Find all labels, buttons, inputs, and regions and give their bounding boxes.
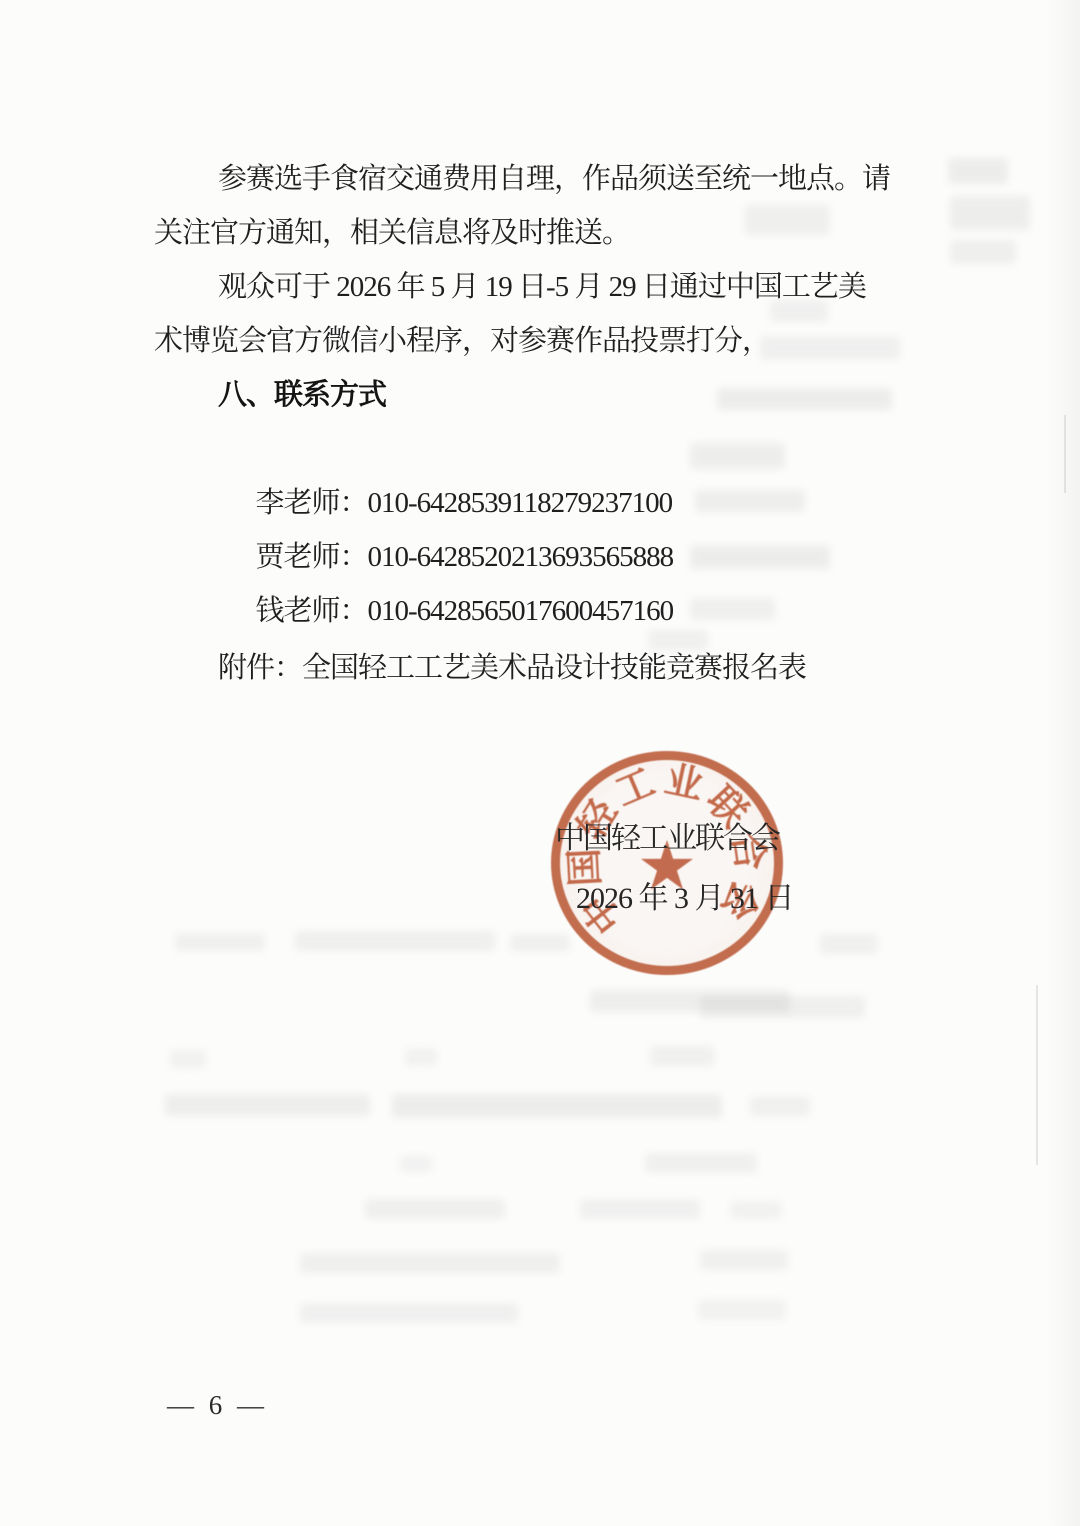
paragraph-1-line-2: 关注官方通知，相关信息将及时推送。 xyxy=(154,206,920,260)
bleed-through-smudge xyxy=(730,1201,782,1219)
document-body: 参赛选手食宿交通费用自理，作品须送至统一地点。请 关注官方通知，相关信息将及时推… xyxy=(154,152,920,584)
bleed-through-smudge xyxy=(510,934,570,952)
contact-phone: 010-6428520213693565888 xyxy=(368,541,674,573)
bleed-through-smudge xyxy=(580,1199,700,1219)
bleed-through-smudge xyxy=(650,1046,715,1066)
bleed-through-smudge xyxy=(365,1199,505,1219)
bleed-through-smudge xyxy=(948,158,1008,184)
section-heading-contact: 八、联系方式 xyxy=(154,368,920,422)
bleed-through-smudge xyxy=(295,931,495,951)
bleed-through-smudge xyxy=(700,1250,788,1270)
bleed-through-smudge xyxy=(400,1156,432,1172)
contact-phone: 010-6428539118279237100 xyxy=(368,487,673,519)
bleed-through-smudge xyxy=(950,240,1016,264)
contact-name: 李老师： xyxy=(256,487,368,519)
paragraph-2-line-1: 观众可于 2026 年 5 月 19 日-5 月 29 日通过中国工艺美 xyxy=(154,260,920,314)
contact-line-li: 李老师：010-6428539118279237100 xyxy=(154,422,920,476)
bleed-through-smudge xyxy=(300,1253,560,1273)
scan-artifact-line xyxy=(1064,415,1066,493)
attachment-line: 附件：全国轻工工艺美术品设计技能竞赛报名表 xyxy=(218,644,806,692)
bleed-through-smudge xyxy=(170,1050,206,1068)
document-page: 参赛选手食宿交通费用自理，作品须送至统一地点。请 关注官方通知，相关信息将及时推… xyxy=(0,0,1080,1526)
bleed-through-smudge xyxy=(175,933,265,951)
bleed-through-smudge xyxy=(750,1096,810,1116)
bleed-through-smudge xyxy=(950,196,1030,230)
page-edge-shading xyxy=(1046,0,1080,1526)
contact-name: 钱老师： xyxy=(256,595,368,627)
signature-date: 2026 年 3 月 31 日 xyxy=(576,873,794,917)
scan-artifact-line xyxy=(1036,985,1038,1165)
contact-name: 贾老师： xyxy=(256,541,368,573)
bleed-through-smudge xyxy=(690,598,775,620)
bleed-through-smudge xyxy=(645,1153,757,1173)
contact-phone: 010-6428565017600457160 xyxy=(368,595,674,627)
bleed-through-smudge xyxy=(700,996,865,1018)
paragraph-2-line-2: 术博览会官方微信小程序，对参赛作品投票打分， xyxy=(154,314,920,368)
paragraph-1-line-1: 参赛选手食宿交通费用自理，作品须送至统一地点。请 xyxy=(154,152,920,206)
bleed-through-smudge xyxy=(300,1303,518,1323)
page-number: — 6 — xyxy=(167,1390,266,1421)
bleed-through-smudge xyxy=(165,1094,370,1116)
bleed-through-smudge xyxy=(392,1094,722,1118)
bleed-through-smudge xyxy=(820,934,878,954)
bleed-through-smudge xyxy=(698,1300,786,1320)
signature-org: 中国轻工业联合会 xyxy=(555,813,779,857)
bleed-through-smudge xyxy=(405,1048,437,1066)
